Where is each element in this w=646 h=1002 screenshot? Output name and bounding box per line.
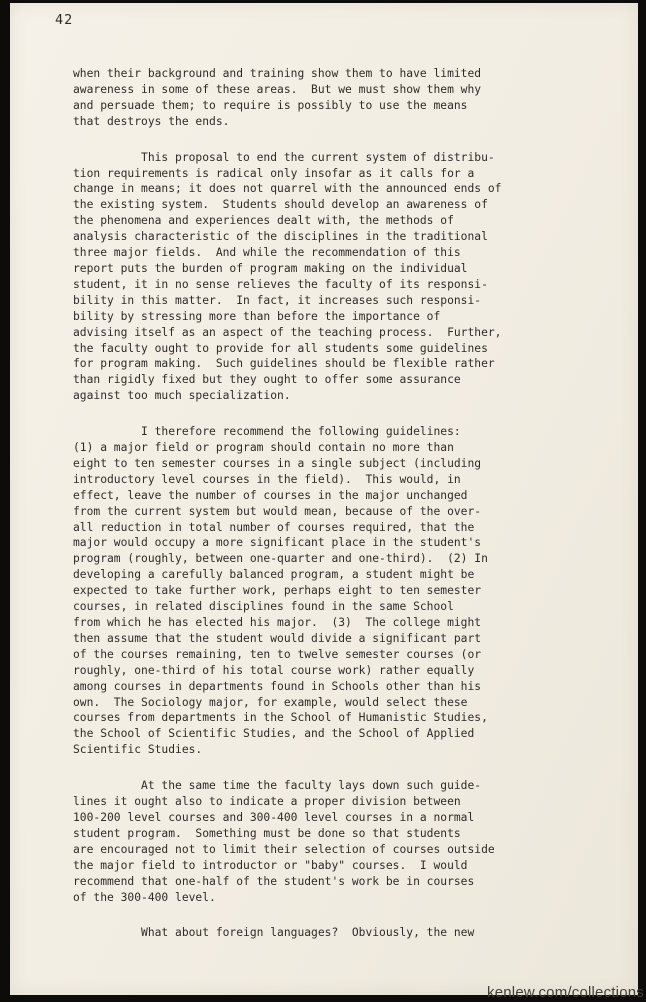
document-page: 42 when their background and training sh… <box>10 3 638 995</box>
paragraph-proposal: This proposal to end the current system … <box>73 150 543 405</box>
paragraph-continuation: when their background and training show … <box>73 66 543 130</box>
page-number: 42 <box>55 12 73 28</box>
watermark-label: kenlew.com/collections <box>487 984 644 1001</box>
paragraph-guidelines: I therefore recommend the following guid… <box>73 424 543 758</box>
paragraph-course-levels: At the same time the faculty lays down s… <box>73 778 543 905</box>
paragraph-foreign-languages: What about foreign languages? Obviously,… <box>73 925 543 941</box>
page-text: when their background and training show … <box>73 66 543 961</box>
